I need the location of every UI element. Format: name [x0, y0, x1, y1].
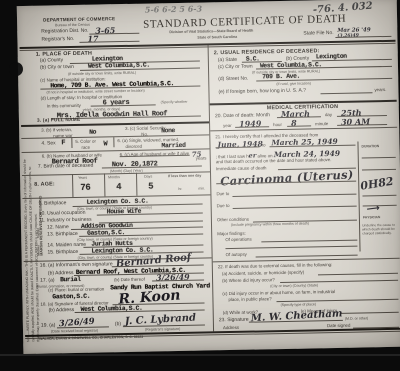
community-label: In this community — [47, 103, 81, 109]
burial-date-label: (b) Date thereof — [114, 277, 145, 283]
ssn-value: None — [161, 127, 175, 134]
age-months-label: Months — [108, 175, 120, 179]
major-findings-label: Major findings: — [217, 231, 246, 237]
full-name-label: 3. (a) FULL NAME — [37, 118, 80, 124]
spouse-age-unit: years — [196, 155, 207, 160]
date-signed-label: Date signed — [327, 323, 351, 328]
scanned-photo-background: 5-6 6-2 5 6-3 -76. 4. 032 N. B.—WRITE PL… — [0, 0, 400, 371]
other-conditions-note: (Include pregnancy within three months o… — [231, 221, 309, 226]
veteran-value: No — [89, 129, 96, 136]
registrar-sig-note: (Registrar's signature) — [145, 327, 180, 332]
death-day-label: day — [325, 112, 332, 117]
birthplace-label: 9. Birthplace — [39, 201, 67, 207]
age-days-value: 5 — [148, 181, 153, 191]
physician-arrow-icon: ⟶ — [366, 203, 380, 216]
state-file-label: State File No. — [303, 31, 333, 37]
funeral-director-signature: R. Koon — [118, 287, 181, 307]
death-certificate-paper: 5-6 6-2 5 6-3 -76. 4. 032 N. B.—WRITE PL… — [17, 0, 400, 354]
physician-signature-label: 23. Signature — [219, 318, 249, 324]
of-autopsy-label: Of autopsy — [226, 252, 247, 257]
residence-city-label: (c) City or Town — [218, 65, 253, 71]
veteran-label-1: 3. (b) If veteran, — [41, 127, 72, 133]
father-side-label: Father — [36, 228, 40, 238]
marital-label-2: divorced — [125, 144, 142, 149]
color-label-2: race — [81, 145, 90, 150]
ssn-label-1: 3. (c) Social Security — [125, 125, 165, 131]
burial-type-value: Burial — [60, 276, 81, 283]
accident-label: (a) Accident, suicide, or homicide (spec… — [222, 270, 304, 277]
stay-note-1: (Specify whether — [161, 100, 188, 105]
age-years-value: 76 — [80, 183, 90, 193]
hole-punch — [9, 62, 23, 76]
immediate-cause-label: Immediate cause of death — [216, 165, 267, 171]
registrar-sig-b-label: (b) — [115, 322, 121, 328]
foreign-born-years: years. — [374, 87, 386, 92]
sex-value: F — [61, 139, 65, 147]
where-injury-note: (City or town) (County) (State) — [270, 283, 318, 288]
registration-district-label: Registration Dist. No. — [41, 29, 88, 36]
due-to-label-1: Due to — [216, 191, 229, 196]
dept-line-1: DEPARTMENT OF COMMERCE — [43, 16, 115, 22]
underline-cause-note: Underline the cause to which death shoul… — [362, 223, 397, 236]
age-min-label: min. — [198, 186, 205, 190]
due-to-label-2: Due to — [217, 203, 230, 208]
residence-street-label: (d) Street No. — [218, 77, 248, 83]
burial-place-city: Gaston,S.C. — [52, 293, 90, 301]
where-injury-label: (b) Where did injury occur? — [222, 277, 275, 283]
injury-place-label-2: place, in public place? — [228, 296, 271, 302]
death-city-label: (b) City or town — [40, 65, 74, 71]
death-hour-label: hour — [273, 122, 282, 127]
mother-birthplace-label: 15. Birthplace — [47, 250, 78, 256]
registrar-number-label: Registrar's No. — [41, 37, 74, 43]
subtitle-state: State of South Carolina — [197, 35, 237, 40]
funeral-address-label: (b) Address — [49, 308, 75, 314]
physician-label: PHYSICIAN — [363, 215, 380, 219]
death-year-label: year — [223, 123, 232, 128]
md-or-other-label: (M.D. or other) — [345, 316, 368, 320]
age-days-label: Days — [144, 174, 152, 178]
age-months-value: 4 — [116, 182, 121, 192]
residence-rural-note-2: (If rural, give location) — [276, 81, 311, 86]
physician-address-label: Address — [223, 325, 239, 330]
sex-label: 4. Sex — [41, 141, 55, 147]
age-less-than-day-label: If less than one day — [168, 174, 201, 179]
duration-code-handwriting: 0H82 — [359, 175, 394, 193]
certify-text-3: and that death occurred on the date and … — [216, 157, 332, 164]
certify-to-label: , to — [259, 142, 265, 147]
pencil-scribble: 5-6 6-2 5 6-3 — [145, 4, 202, 15]
age-hr-label: hr. — [178, 187, 182, 191]
death-rural-note: (If outside city or town limits, write R… — [68, 71, 136, 76]
foreign-born-label: (e) If foreign born, how long in U. S. A… — [218, 89, 306, 96]
duration-column-label: DURATION — [361, 144, 379, 148]
scan-scratch-line — [0, 354, 400, 356]
mother-side-label: Mother — [36, 245, 40, 256]
external-causes-label: 22. If death was due to external causes,… — [218, 262, 333, 269]
hospital-value: Home, 709 B. Ave. West Columbia,S.C. — [50, 80, 174, 89]
of-operations-label: Of operations — [225, 237, 251, 243]
birth-date-label: 7. Birth date of deceased — [38, 164, 94, 171]
injury-place-label-1: (c) Did injury occur in or about home, o… — [222, 289, 335, 296]
death-minute-label: minute — [315, 121, 328, 126]
age-years-label: Years — [78, 176, 87, 180]
other-conditions-label: Other conditions — [217, 217, 249, 223]
color-label-1: 5. Color or — [75, 139, 96, 144]
color-value: W — [103, 140, 107, 148]
injury-place-note: (Specify type of place) — [281, 302, 317, 307]
burial-place-label: (c) Place: burial or cremation — [48, 286, 104, 292]
age-label: 8. AGE: — [34, 181, 55, 187]
dept-line-2: Bureau of the Census — [55, 23, 90, 28]
father-birthplace-label: 13. Birthplace — [47, 232, 78, 238]
subtitle-division: Division of Vital Statistics—State Board… — [169, 29, 253, 35]
